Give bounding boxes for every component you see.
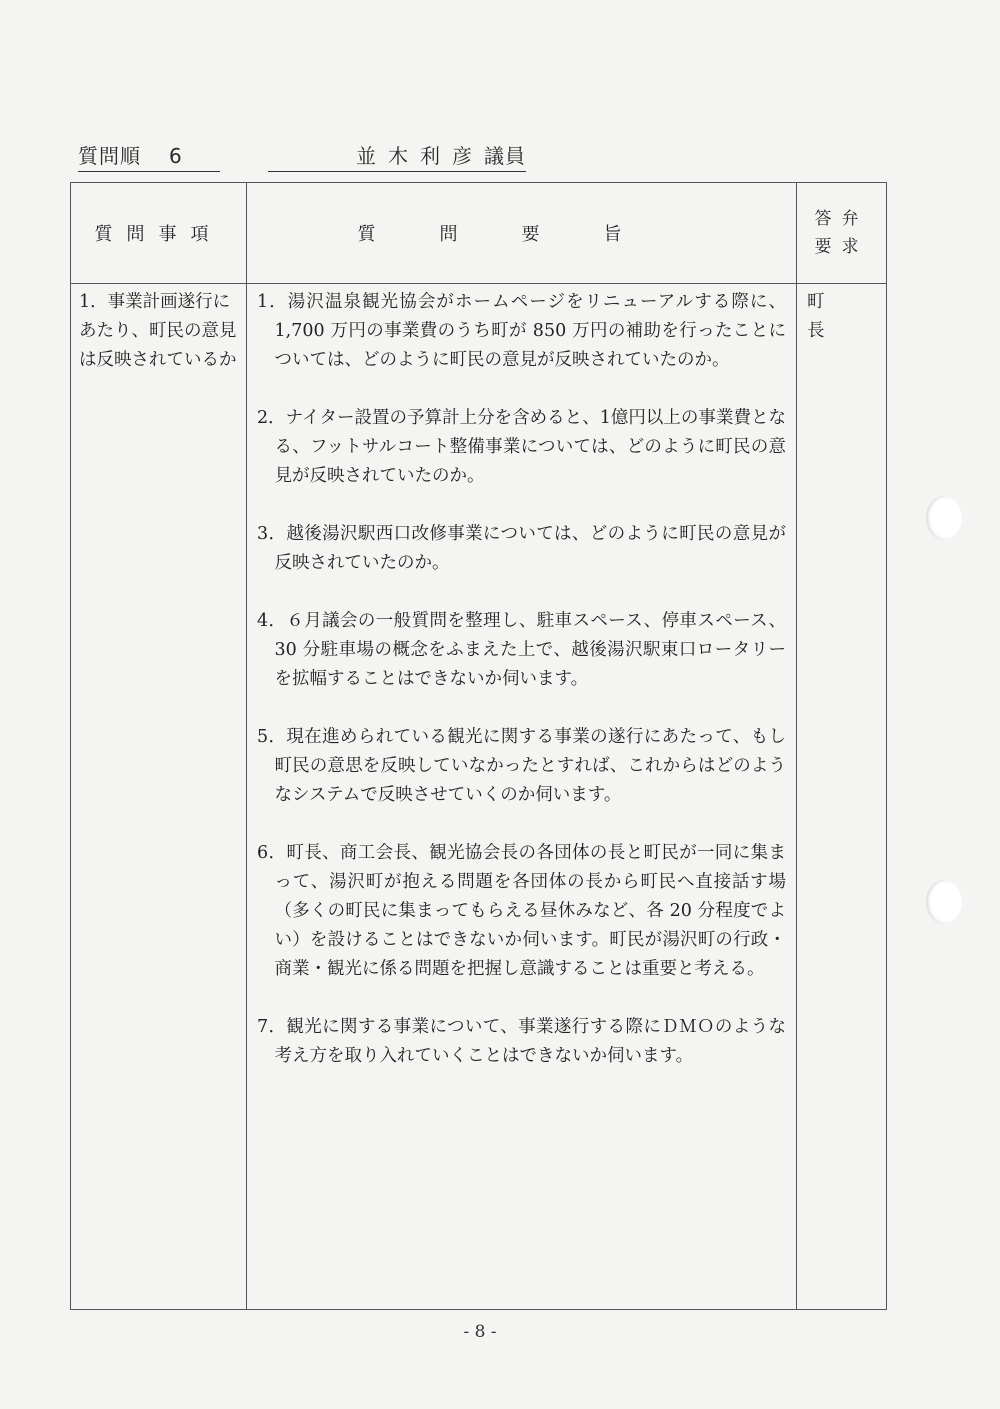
member-name-heading: 並木利彦議員 xyxy=(268,140,526,172)
summary-item-4: 4．６月議会の一般質問を整理し、駐車スペース、停車スペース、30 分駐車場の概念… xyxy=(257,607,786,694)
summary-item-6: 6．町長、商工会長、観光協会長の各団体の長と町民が一同に集まって、湯沢町が抱える… xyxy=(257,839,786,984)
punch-hole-decoration xyxy=(926,880,962,924)
table-header-row: 質問事項 質問要旨 答弁 要求 xyxy=(71,183,887,284)
question-order-label: 質問順 xyxy=(78,144,141,168)
summary-item-7: 7．観光に関する事業について、事業遂行する際にＤＭＯのような考え方を取り入れてい… xyxy=(257,1013,786,1071)
table-row: 1．事業計画遂行にあたり、町民の意見は反映されているか 1．湯沢温泉観光協会がホ… xyxy=(71,284,887,1310)
column-header-summary: 質問要旨 xyxy=(247,183,797,284)
question-order-number: 6 xyxy=(169,144,183,168)
question-table: 質問事項 質問要旨 答弁 要求 1．事業計画遂行にあたり、町民の意見は反映されて… xyxy=(70,182,887,1310)
question-summary: 1．湯沢温泉観光協会がホームページをリニューアルする際に、1,700 万円の事業… xyxy=(247,284,797,1310)
summary-item-5: 5．現在進められている観光に関する事業の遂行にあたって、もし町民の意思を反映して… xyxy=(257,723,786,810)
question-order: 質問順6 xyxy=(78,140,220,172)
member-name: 並木利彦 xyxy=(356,144,484,168)
summary-item-2: 2．ナイター設置の予算計上分を含めると、1億円以上の事業費となる、フットサルコー… xyxy=(257,404,786,491)
summary-item-3: 3．越後湯沢駅西口改修事業については、どのように町民の意見が反映されていたのか。 xyxy=(257,520,786,578)
question-subject: 1．事業計画遂行にあたり、町民の意見は反映されているか xyxy=(71,284,247,1310)
summary-item-1: 1．湯沢温泉観光協会がホームページをリニューアルする際に、1,700 万円の事業… xyxy=(257,288,786,375)
column-header-answerer-line1: 答弁 xyxy=(798,205,885,233)
answerer: 町長 xyxy=(797,284,887,1310)
member-title: 議員 xyxy=(484,144,526,168)
column-header-answerer-line2: 要求 xyxy=(798,233,885,261)
column-header-answerer: 答弁 要求 xyxy=(797,183,887,284)
column-header-subject: 質問事項 xyxy=(71,183,247,284)
punch-hole-decoration xyxy=(926,496,962,540)
page-number: - 8 - xyxy=(0,1322,960,1342)
